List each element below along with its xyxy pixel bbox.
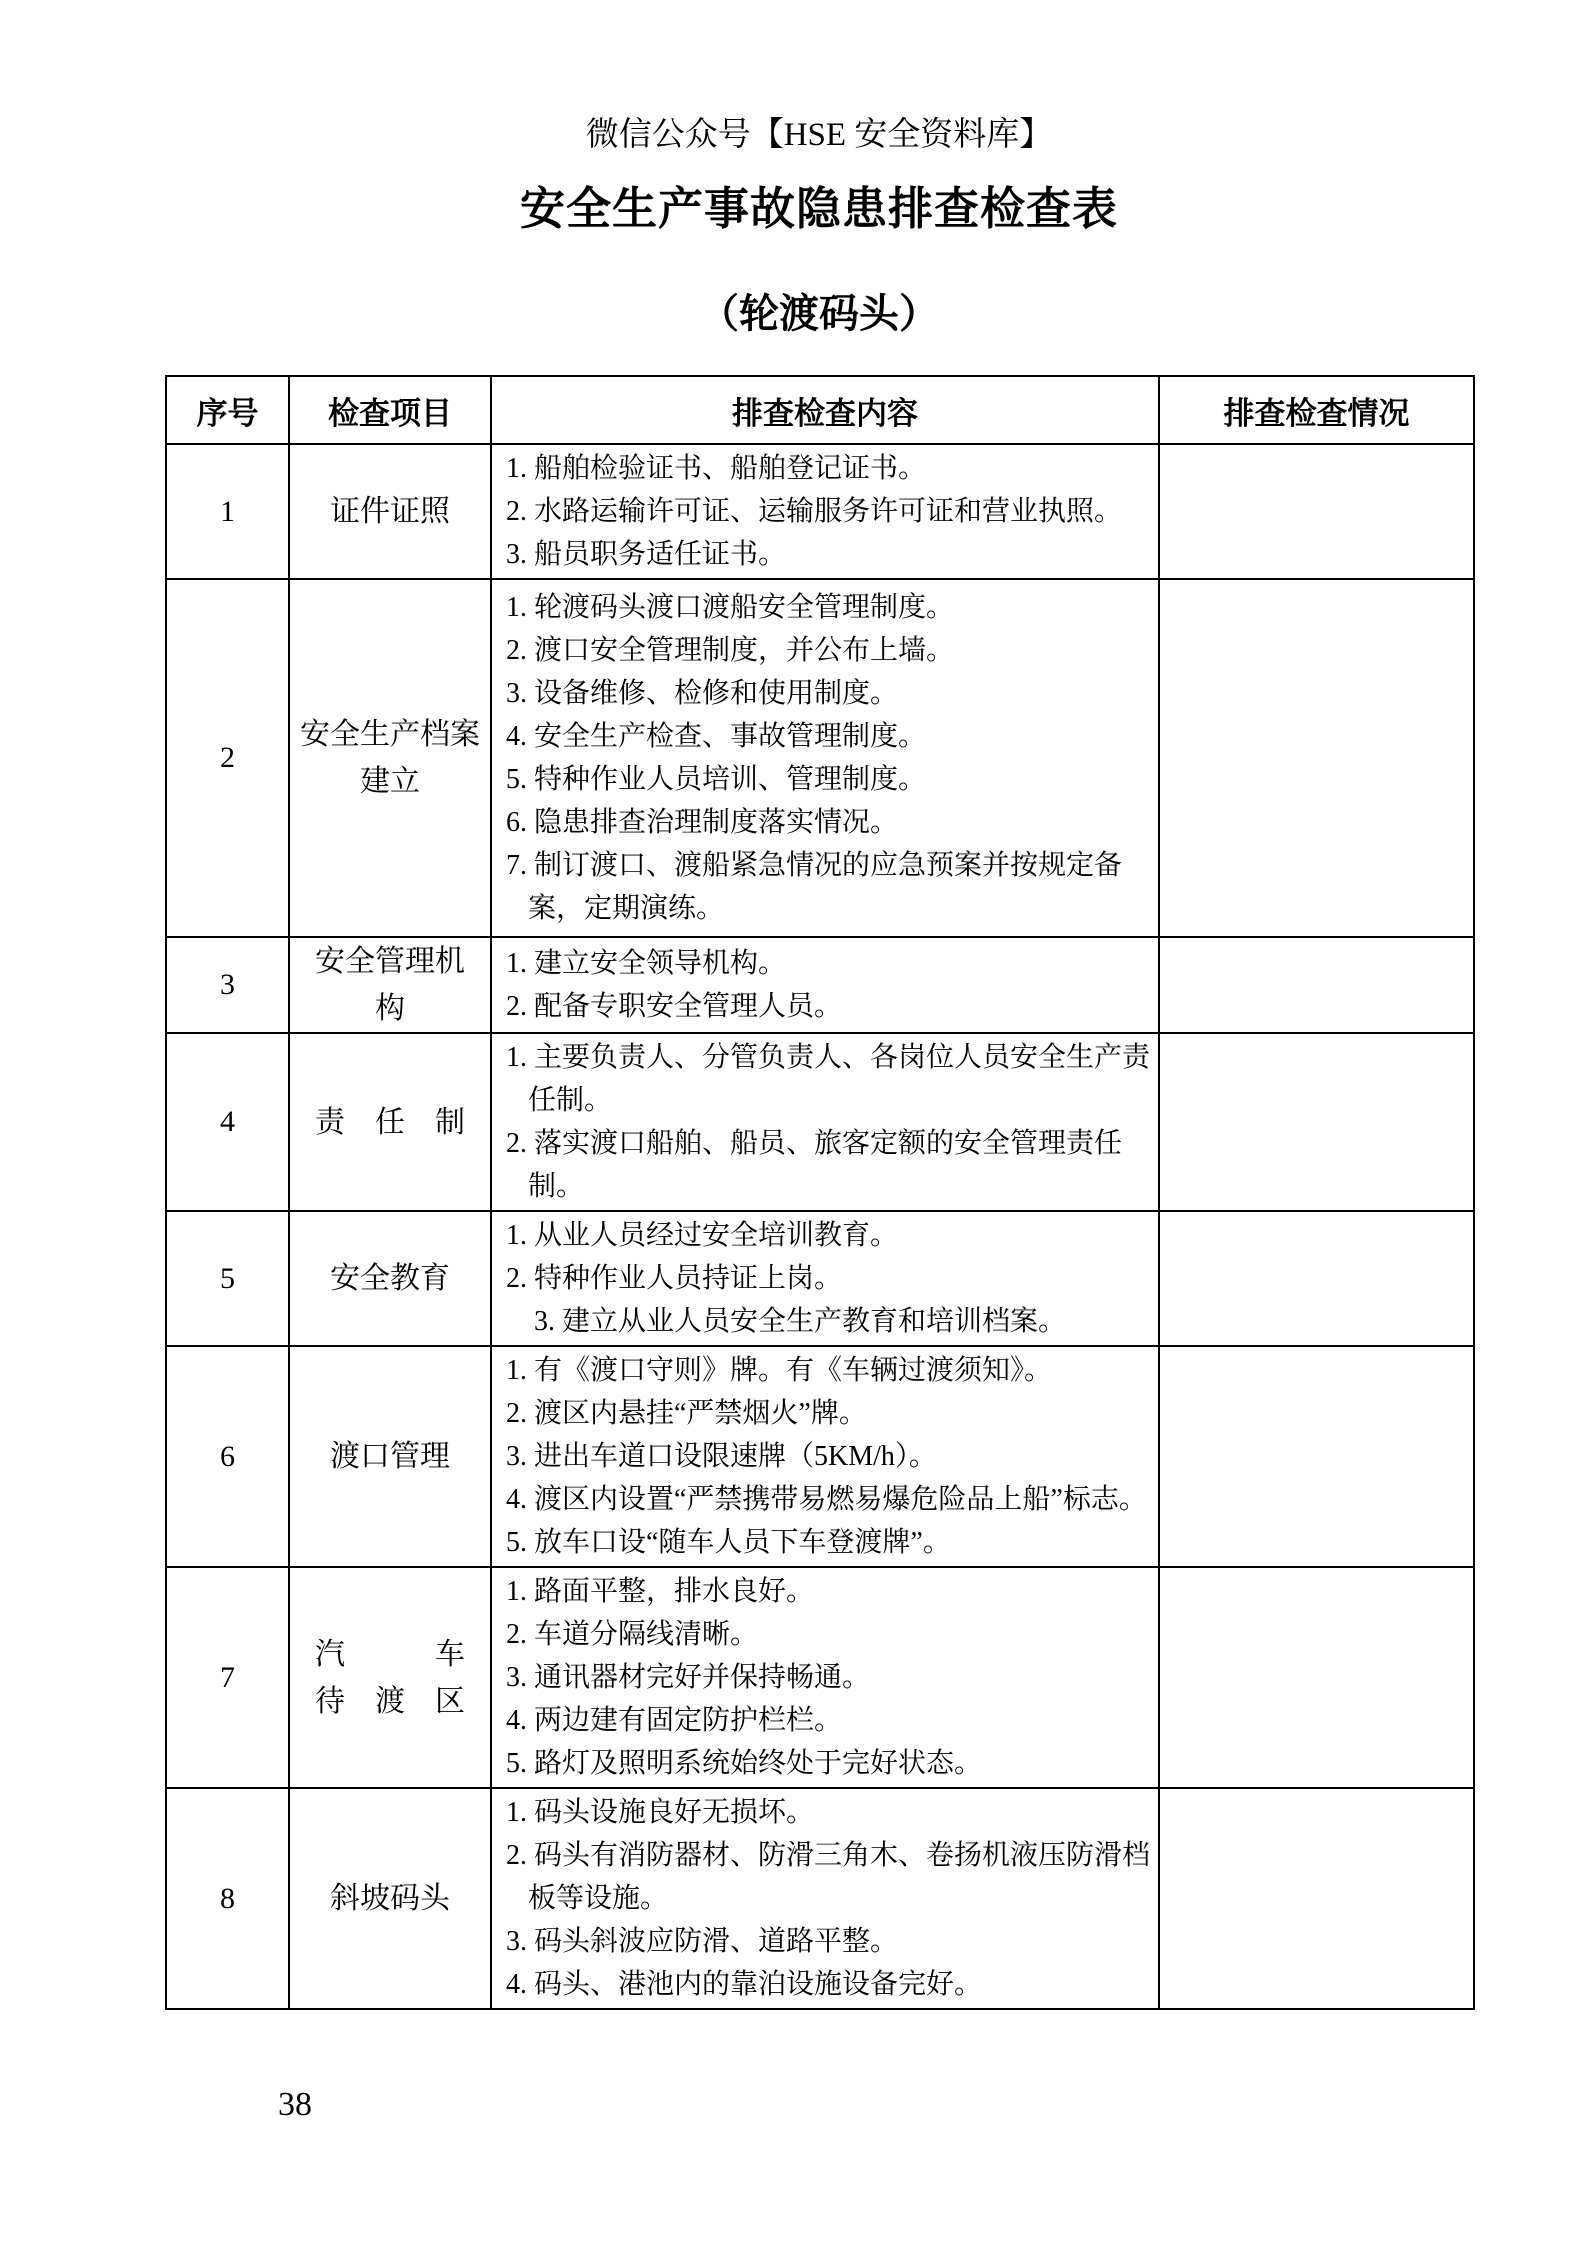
check-content-cell: 1. 路面平整，排水良好。2. 车道分隔线清晰。3. 通讯器材完好并保持畅通。4… — [491, 1567, 1159, 1788]
table-row: 3安全管理机构1. 建立安全领导机构。2. 配备专职安全管理人员。 — [166, 937, 1474, 1033]
check-content-line: 1. 有《渡口守则》牌。有《车辆过渡须知》。 — [506, 1349, 1150, 1392]
check-content-cell: 1. 船舶检验证书、船舶登记证书。2. 水路运输许可证、运输服务许可证和营业执照… — [491, 444, 1159, 579]
check-status-cell — [1159, 444, 1474, 579]
check-content-line: 2. 特种作业人员持证上岗。 — [506, 1257, 1150, 1300]
check-content-line: 2. 配备专职安全管理人员。 — [506, 985, 1150, 1028]
inspection-table: 序号检查项目排查检查内容排查检查情况 1证件证照1. 船舶检验证书、船舶登记证书… — [165, 375, 1475, 2010]
check-content-line: 7. 制订渡口、渡船紧急情况的应急预案并按规定备案，定期演练。 — [506, 844, 1150, 930]
check-item-cell: 责 任 制 — [289, 1033, 491, 1211]
check-status-cell — [1159, 1211, 1474, 1346]
column-header-2: 检查项目 — [289, 376, 491, 444]
check-content-line: 3. 设备维修、检修和使用制度。 — [506, 672, 1150, 715]
check-item-label: 安全生产档案 — [300, 711, 480, 758]
check-content-cell: 1. 主要负责人、分管负责人、各岗位人员安全生产责任制。2. 落实渡口船舶、船员… — [491, 1033, 1159, 1211]
check-status-cell — [1159, 1567, 1474, 1788]
check-content-line: 2. 落实渡口船舶、船员、旅客定额的安全管理责任制。 — [506, 1122, 1150, 1208]
check-content-line: 4. 渡区内设置“严禁携带易燃易爆危险品上船”标志。 — [506, 1478, 1150, 1521]
check-item-cell: 渡口管理 — [289, 1346, 491, 1567]
check-item-label: 建立 — [300, 758, 480, 805]
check-item-label: 构 — [300, 985, 480, 1032]
row-number: 8 — [166, 1788, 289, 2009]
table-row: 4责 任 制1. 主要负责人、分管负责人、各岗位人员安全生产责任制。2. 落实渡… — [166, 1033, 1474, 1211]
document-page: 微信公众号【HSE 安全资料库】 安全生产事故隐患排查检查表 （轮渡码头） 序号… — [0, 0, 1587, 2245]
check-status-cell — [1159, 1788, 1474, 2009]
check-content-cell: 1. 有《渡口守则》牌。有《车辆过渡须知》。2. 渡区内悬挂“严禁烟火”牌。3.… — [491, 1346, 1159, 1567]
check-content-line: 2. 车道分隔线清晰。 — [506, 1613, 1150, 1656]
check-content-cell: 1. 从业人员经过安全培训教育。2. 特种作业人员持证上岗。 3. 建立从业人员… — [491, 1211, 1159, 1346]
check-content-line: 2. 渡区内悬挂“严禁烟火”牌。 — [506, 1392, 1150, 1435]
check-item-label: 待 渡 区 — [300, 1678, 480, 1725]
check-content-line: 1. 路面平整，排水良好。 — [506, 1570, 1150, 1613]
check-content-line: 3. 码头斜波应防滑、道路平整。 — [506, 1920, 1150, 1963]
check-item-label: 安全管理机 — [300, 938, 480, 985]
check-item-label: 汽 车 — [300, 1631, 480, 1678]
check-content-line: 2. 水路运输许可证、运输服务许可证和营业执照。 — [506, 490, 1150, 533]
check-status-cell — [1159, 1346, 1474, 1567]
table-header-row: 序号检查项目排查检查内容排查检查情况 — [166, 376, 1474, 444]
table-row: 7汽 车待 渡 区1. 路面平整，排水良好。2. 车道分隔线清晰。3. 通讯器材… — [166, 1567, 1474, 1788]
check-item-cell: 安全生产档案建立 — [289, 579, 491, 937]
check-item-cell: 斜坡码头 — [289, 1788, 491, 2009]
check-item-label: 证件证照 — [300, 488, 480, 535]
check-item-label: 安全教育 — [300, 1255, 480, 1302]
row-number: 1 — [166, 444, 289, 579]
check-content-cell: 1. 码头设施良好无损坏。2. 码头有消防器材、防滑三角木、卷扬机液压防滑档板等… — [491, 1788, 1159, 2009]
check-content-line: 2. 码头有消防器材、防滑三角木、卷扬机液压防滑档板等设施。 — [506, 1834, 1150, 1920]
check-item-cell: 安全管理机构 — [289, 937, 491, 1033]
row-number: 2 — [166, 579, 289, 937]
check-item-label: 责 任 制 — [300, 1099, 480, 1146]
check-item-cell: 证件证照 — [289, 444, 491, 579]
check-content-line: 3. 船员职务适任证书。 — [506, 533, 1150, 576]
check-content-line: 1. 从业人员经过安全培训教育。 — [506, 1214, 1150, 1257]
check-content-line: 5. 特种作业人员培训、管理制度。 — [506, 758, 1150, 801]
check-content-line: 1. 船舶检验证书、船舶登记证书。 — [506, 447, 1150, 490]
table-row: 6渡口管理1. 有《渡口守则》牌。有《车辆过渡须知》。2. 渡区内悬挂“严禁烟火… — [166, 1346, 1474, 1567]
page-number: 38 — [278, 2086, 312, 2124]
check-content-line: 4. 两边建有固定防护栏栏。 — [506, 1699, 1150, 1742]
check-content-line: 3. 建立从业人员安全生产教育和培训档案。 — [506, 1300, 1150, 1343]
check-item-cell: 安全教育 — [289, 1211, 491, 1346]
check-item-label: 渡口管理 — [300, 1433, 480, 1480]
check-content-line: 6. 隐患排查治理制度落实情况。 — [506, 801, 1150, 844]
table-row: 5安全教育1. 从业人员经过安全培训教育。2. 特种作业人员持证上岗。 3. 建… — [166, 1211, 1474, 1346]
page-subtitle: （轮渡码头） — [165, 282, 1473, 339]
check-item-label: 斜坡码头 — [300, 1875, 480, 1922]
check-content-line: 1. 主要负责人、分管负责人、各岗位人员安全生产责任制。 — [506, 1036, 1150, 1122]
column-header-3: 排查检查内容 — [491, 376, 1159, 444]
row-number: 7 — [166, 1567, 289, 1788]
check-content-cell: 1. 建立安全领导机构。2. 配备专职安全管理人员。 — [491, 937, 1159, 1033]
row-number: 5 — [166, 1211, 289, 1346]
table-row: 8斜坡码头1. 码头设施良好无损坏。2. 码头有消防器材、防滑三角木、卷扬机液压… — [166, 1788, 1474, 2009]
check-status-cell — [1159, 1033, 1474, 1211]
check-content-line: 5. 路灯及照明系统始终处于完好状态。 — [506, 1742, 1150, 1785]
check-content-line: 3. 进出车道口设限速牌（5KM/h）。 — [506, 1435, 1150, 1478]
check-status-cell — [1159, 937, 1474, 1033]
check-content-line: 1. 码头设施良好无损坏。 — [506, 1791, 1150, 1834]
table-row: 2安全生产档案建立1. 轮渡码头渡口渡船安全管理制度。2. 渡口安全管理制度，并… — [166, 579, 1474, 937]
row-number: 4 — [166, 1033, 289, 1211]
table-row: 1证件证照1. 船舶检验证书、船舶登记证书。2. 水路运输许可证、运输服务许可证… — [166, 444, 1474, 579]
doc-source-line: 微信公众号【HSE 安全资料库】 — [165, 108, 1473, 155]
check-content-line: 4. 安全生产检查、事故管理制度。 — [506, 715, 1150, 758]
check-content-line: 4. 码头、港池内的靠泊设施设备完好。 — [506, 1963, 1150, 2006]
check-content-line: 5. 放车口设“随车人员下车登渡牌”。 — [506, 1521, 1150, 1564]
check-content-cell: 1. 轮渡码头渡口渡船安全管理制度。2. 渡口安全管理制度，并公布上墙。3. 设… — [491, 579, 1159, 937]
page-title: 安全生产事故隐患排查检查表 — [165, 172, 1473, 237]
column-header-1: 序号 — [166, 376, 289, 444]
check-status-cell — [1159, 579, 1474, 937]
row-number: 6 — [166, 1346, 289, 1567]
column-header-4: 排查检查情况 — [1159, 376, 1474, 444]
check-content-line: 2. 渡口安全管理制度，并公布上墙。 — [506, 629, 1150, 672]
check-content-line: 1. 建立安全领导机构。 — [506, 942, 1150, 985]
check-content-line: 3. 通讯器材完好并保持畅通。 — [506, 1656, 1150, 1699]
row-number: 3 — [166, 937, 289, 1033]
check-item-cell: 汽 车待 渡 区 — [289, 1567, 491, 1788]
check-content-line: 1. 轮渡码头渡口渡船安全管理制度。 — [506, 586, 1150, 629]
